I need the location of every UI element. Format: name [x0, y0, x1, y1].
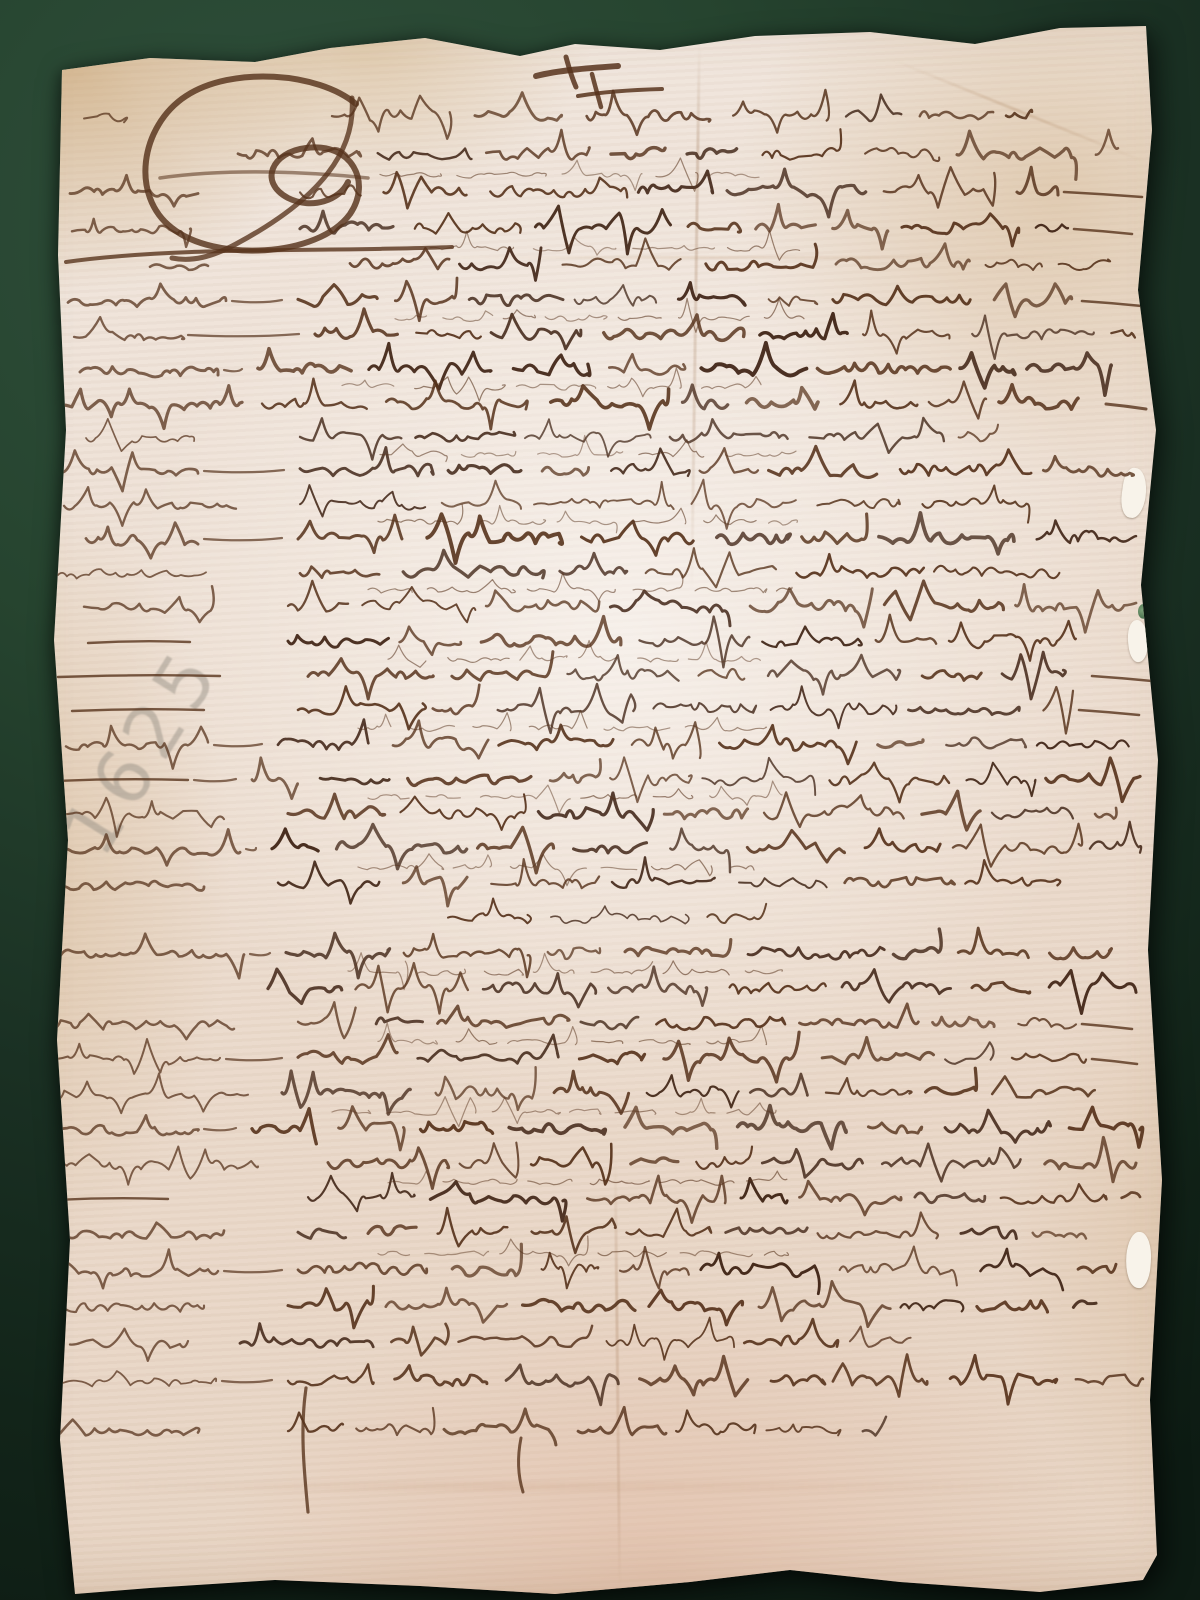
handwriting-word	[1078, 1264, 1116, 1272]
margin-dash	[88, 641, 190, 643]
handwriting-word	[483, 973, 596, 1007]
handwriting-word	[587, 91, 710, 135]
handwriting-word	[442, 481, 521, 509]
interline-addition	[745, 970, 782, 974]
handwriting-word	[286, 933, 390, 978]
handwriting-word	[574, 843, 647, 853]
interline-addition	[480, 506, 546, 525]
interline-addition	[443, 311, 493, 321]
interline-addition	[473, 713, 511, 731]
interline-addition	[726, 451, 797, 456]
handwriting-word	[1033, 1232, 1086, 1239]
handwriting-word	[308, 659, 433, 699]
handwriting-word	[308, 1173, 415, 1211]
margin-connector-dash	[250, 953, 270, 955]
manuscript-photo: 1625	[0, 0, 1200, 1600]
interline-addition	[492, 1097, 560, 1123]
interline-addition	[461, 452, 515, 458]
handwriting-word	[1076, 1375, 1143, 1386]
handwriting-word	[610, 757, 692, 802]
handwriting-word	[452, 1244, 521, 1276]
margin-dash	[72, 709, 204, 711]
handwriting-word	[460, 1143, 519, 1178]
interline-addition	[638, 658, 679, 662]
handwriting-word	[300, 567, 379, 578]
interline-addition	[639, 1040, 690, 1045]
handwriting-word	[612, 857, 715, 887]
handwriting-layer	[0, 0, 1200, 1600]
handwriting-word	[981, 1249, 1063, 1290]
interline-addition	[386, 1097, 476, 1127]
line-end-dash	[1106, 404, 1146, 409]
handwriting-word	[796, 554, 923, 577]
handwriting-word	[763, 129, 842, 160]
handwriting-word	[611, 449, 690, 476]
handwriting-word	[977, 1301, 1048, 1312]
handwriting-word	[738, 1106, 846, 1149]
handwriting-word	[764, 792, 904, 827]
interline-addition	[527, 573, 615, 601]
ink-cross-mark	[578, 89, 662, 96]
handwriting-word	[802, 514, 867, 544]
margin-catchword	[66, 726, 208, 769]
handwriting-word	[747, 830, 844, 862]
handwriting-word	[1043, 456, 1133, 476]
interline-addition	[639, 440, 704, 457]
interline-addition	[520, 646, 567, 661]
handwriting-word	[670, 829, 730, 873]
handwriting-word	[992, 1077, 1094, 1098]
margin-connector-dash	[204, 1128, 236, 1130]
margin-catchword	[86, 523, 198, 559]
handwriting-word	[486, 130, 589, 160]
handwriting-word	[481, 617, 621, 647]
handwriting-word	[1017, 167, 1058, 195]
handwriting-word	[876, 615, 936, 644]
interline-addition	[456, 1029, 497, 1045]
handwriting-word	[626, 1209, 711, 1237]
handwriting-word	[395, 1366, 487, 1386]
handwriting-word	[926, 1068, 977, 1094]
margin-connector-dash	[194, 779, 236, 781]
interline-addition	[484, 969, 523, 975]
handwriting-word	[701, 1253, 820, 1294]
handwriting-word	[1073, 1301, 1096, 1307]
interline-addition	[380, 444, 447, 462]
handwriting-word	[631, 1158, 678, 1164]
handwriting-word	[252, 1109, 316, 1144]
handwriting-word	[730, 983, 826, 994]
handwriting-word	[1059, 259, 1111, 270]
margin-dash	[58, 675, 220, 677]
interline-addition	[728, 230, 800, 260]
margin-catchword	[62, 798, 224, 837]
handwriting-word	[433, 685, 480, 714]
handwriting-word	[756, 204, 816, 231]
interline-addition	[528, 1179, 572, 1184]
margin-connector-dash	[224, 369, 242, 371]
handwriting-word	[416, 330, 481, 338]
handwriting-word	[868, 1123, 921, 1133]
handwriting-word	[298, 1035, 397, 1064]
handwriting-word	[953, 824, 1082, 867]
interline-addition	[448, 658, 509, 663]
margin-catchword	[52, 934, 244, 978]
handwriting-word	[448, 465, 521, 474]
handwriting-word	[726, 1228, 808, 1234]
handwriting-word	[865, 148, 939, 161]
interline-addition	[604, 727, 670, 731]
handwriting-word	[1050, 948, 1112, 959]
margin-connector-dash	[222, 1380, 272, 1382]
handwriting-word	[460, 248, 542, 281]
handwriting-word	[415, 213, 521, 234]
handwriting-word	[771, 1376, 825, 1385]
handwriting-word	[1002, 652, 1065, 699]
margin-catchword	[58, 830, 240, 866]
handwriting-word	[769, 446, 877, 477]
handwriting-word	[769, 297, 818, 306]
line-end-dash	[1082, 301, 1142, 306]
handwriting-word	[509, 1124, 605, 1134]
interline-addition	[598, 1251, 666, 1257]
handwriting-word	[909, 707, 1020, 715]
handwriting-word	[300, 448, 433, 476]
handwriting-word	[959, 425, 998, 442]
handwriting-word	[288, 1286, 373, 1328]
margin-catchword	[52, 1014, 234, 1039]
interline-addition	[378, 1251, 410, 1255]
handwriting-word	[845, 877, 955, 887]
handwriting-word	[946, 738, 1026, 749]
interline-addition	[570, 1109, 601, 1114]
margin-catchword	[60, 451, 198, 492]
handwriting-word	[800, 1181, 902, 1215]
handwriting-word	[298, 1263, 427, 1275]
margin-catchword	[56, 1073, 248, 1113]
handwriting-word	[469, 295, 563, 306]
handwriting-word	[625, 1107, 717, 1148]
handwriting-word	[759, 1281, 890, 1326]
margin-catchword	[58, 1039, 220, 1074]
handwriting-word	[656, 1017, 785, 1030]
interline-addition	[418, 969, 466, 975]
margin-catchword	[80, 367, 218, 377]
margin-connector-dash	[246, 848, 256, 850]
descender-tail	[303, 1388, 308, 1512]
margin-catchword	[58, 569, 206, 578]
handwriting-word	[670, 419, 788, 442]
interline-addition	[457, 172, 546, 178]
handwriting-word	[646, 548, 776, 587]
handwriting-word	[1037, 740, 1129, 748]
handwriting-word	[376, 1018, 422, 1024]
handwriting-word	[822, 1037, 933, 1063]
handwriting-word	[1012, 1054, 1086, 1063]
interline-addition	[702, 377, 761, 389]
margin-connector-dash	[204, 470, 284, 472]
handwriting-word	[452, 652, 553, 681]
initial-flourish	[160, 172, 368, 178]
handwriting-word	[320, 778, 389, 784]
handwriting-word	[491, 314, 581, 349]
interline-addition	[368, 588, 412, 593]
interline-addition	[656, 158, 698, 191]
margin-catchword	[72, 219, 191, 247]
handwriting-word	[478, 827, 554, 873]
handwriting-word	[288, 794, 385, 818]
interline-addition	[764, 1251, 788, 1256]
handwriting-word	[604, 315, 744, 340]
handwriting-word	[922, 486, 1029, 523]
handwriting-word	[760, 314, 847, 339]
handwriting-word	[337, 824, 467, 868]
handwriting-word	[444, 1409, 556, 1445]
handwriting-word	[664, 809, 747, 819]
handwriting-word	[400, 627, 461, 655]
interline-addition	[601, 867, 637, 869]
handwriting-word	[339, 1107, 405, 1150]
handwriting-word	[1111, 330, 1135, 337]
line-end-dash	[1092, 676, 1152, 681]
handwriting-word	[315, 309, 397, 339]
handwriting-word	[356, 963, 468, 1013]
handwriting-word	[986, 260, 1043, 270]
handwriting-word	[933, 1017, 995, 1027]
interline-addition	[545, 315, 607, 321]
margin-catchword	[86, 419, 194, 451]
handwriting-word	[1036, 225, 1068, 232]
interline-addition	[633, 246, 715, 251]
handwriting-word	[1001, 1184, 1107, 1204]
handwriting-word	[833, 210, 888, 249]
handwriting-word	[902, 214, 1019, 246]
interline-addition	[533, 237, 615, 255]
handwriting-word	[513, 355, 589, 375]
handwriting-word	[901, 1300, 964, 1311]
handwriting-word	[836, 244, 969, 270]
interline-addition	[653, 789, 693, 799]
handwriting-word	[700, 448, 758, 473]
handwriting-word	[542, 1253, 599, 1289]
handwriting-word	[1122, 1193, 1140, 1198]
handwriting-word	[768, 655, 900, 694]
handwriting-word	[252, 758, 298, 799]
handwriting-word	[884, 167, 995, 207]
margin-catchword	[56, 1250, 218, 1289]
handwriting-word	[842, 970, 951, 1003]
margin-catchword	[70, 1329, 188, 1361]
handwriting-word	[356, 1408, 434, 1435]
interline-addition	[590, 1179, 649, 1184]
handwriting-word	[550, 760, 601, 783]
interline-addition	[529, 710, 587, 729]
interline-addition	[731, 866, 754, 870]
handwriting-word	[863, 1417, 886, 1436]
handwriting-word	[475, 93, 562, 121]
handwriting-word	[403, 867, 467, 906]
handwriting-word	[676, 1410, 755, 1434]
handwriting-word	[581, 1017, 638, 1029]
handwriting-word	[830, 763, 950, 803]
handwriting-word	[846, 95, 901, 121]
margin-connector-dash	[232, 300, 282, 302]
handwriting-word	[416, 432, 516, 441]
interline-addition	[508, 1027, 577, 1045]
handwriting-word	[298, 1229, 346, 1238]
interline-addition	[368, 795, 409, 800]
handwriting-word	[525, 419, 651, 457]
handwriting-word	[378, 149, 472, 160]
handwriting-word	[972, 982, 1030, 993]
handwriting-word	[647, 1075, 739, 1107]
handwriting-word	[523, 1300, 635, 1312]
margin-catchword	[60, 1420, 199, 1436]
handwriting-word	[949, 621, 1076, 661]
handwriting-word	[863, 311, 950, 354]
handwriting-word	[418, 1035, 559, 1063]
margin-catchword	[64, 487, 236, 526]
handwriting-word	[739, 878, 827, 888]
handwriting-word	[288, 581, 348, 612]
handwriting-word	[741, 1178, 787, 1203]
handwriting-word	[879, 513, 1014, 554]
margin-catchword	[74, 317, 184, 340]
handwriting-word	[258, 349, 351, 373]
margin-catchword	[54, 1371, 216, 1386]
handwriting-word	[1043, 687, 1073, 734]
handwriting-word	[1049, 971, 1136, 1014]
handwriting-word	[369, 343, 491, 389]
interline-addition	[652, 860, 713, 876]
interline-addition	[579, 641, 617, 661]
handwriting-word	[992, 808, 1073, 819]
handwriting-word	[350, 248, 449, 269]
handwriting-word	[459, 1326, 593, 1347]
handwriting-word	[1006, 110, 1032, 118]
handwriting-word	[679, 283, 746, 306]
handwriting-word	[300, 485, 425, 516]
paper-shadow: 1625	[0, 0, 1200, 1600]
handwriting-word	[1095, 808, 1116, 819]
handwriting-word	[817, 363, 950, 373]
handwriting-word	[298, 285, 377, 307]
handwriting-word	[707, 904, 766, 923]
handwriting-word	[368, 1226, 416, 1235]
handwriting-word	[609, 354, 685, 374]
margin-catchword	[56, 1115, 199, 1135]
margin-dash	[56, 779, 188, 781]
handwriting-word	[391, 1324, 448, 1355]
handwriting-word	[408, 775, 531, 785]
interline-addition	[676, 1098, 715, 1114]
handwriting-word	[404, 934, 531, 977]
handwriting-word	[386, 1288, 507, 1322]
interline-addition	[503, 310, 535, 319]
handwriting-word	[818, 1213, 938, 1239]
handwriting-word	[915, 1193, 985, 1203]
handwriting-word	[606, 1318, 734, 1360]
handwriting-word	[748, 947, 884, 959]
handwriting-word	[826, 1078, 912, 1096]
handwriting-word	[958, 928, 1028, 958]
handwriting-word	[551, 906, 689, 924]
handwriting-word	[922, 671, 981, 681]
handwriting-word	[934, 566, 1059, 578]
handwriting-word	[809, 418, 944, 453]
handwriting-word	[506, 1365, 618, 1405]
margin-connector-dash	[224, 1270, 282, 1272]
handwriting-word	[972, 316, 1094, 359]
margin-connector-dash	[188, 334, 299, 336]
handwriting-word	[611, 148, 665, 159]
handwriting-word	[649, 1290, 743, 1325]
ink-cross-mark	[536, 66, 618, 76]
handwriting-word	[362, 587, 475, 622]
handwriting-word	[994, 284, 1071, 317]
handwriting-word	[762, 627, 861, 647]
handwriting-word	[950, 1355, 1057, 1404]
margin-catchword	[58, 386, 242, 429]
handwriting-word	[922, 791, 980, 830]
handwriting-word	[288, 1364, 374, 1385]
handwriting-word	[692, 480, 796, 529]
handwriting-word	[719, 725, 856, 764]
descender-tail	[519, 1438, 523, 1492]
interline-addition	[342, 380, 394, 387]
handwriting-word	[554, 1071, 629, 1113]
handwriting-word	[800, 1004, 919, 1028]
margin-catchword	[68, 284, 226, 307]
handwriting-word	[490, 178, 627, 198]
handwriting-word	[625, 940, 731, 957]
handwriting-word	[1027, 353, 1111, 395]
interline-addition	[591, 962, 653, 974]
handwriting-word	[1037, 521, 1136, 543]
handwriting-word	[551, 386, 669, 429]
interline-addition	[557, 511, 617, 533]
interline-addition	[710, 781, 782, 805]
handwriting-word	[929, 382, 986, 419]
handwriting-word	[298, 515, 402, 553]
margin-catchword	[150, 264, 208, 269]
handwriting-word	[448, 899, 531, 924]
margin-dash	[56, 1198, 168, 1200]
handwriting-word	[1018, 1018, 1076, 1029]
handwriting-word	[945, 1110, 1050, 1142]
handwriting-word	[878, 740, 923, 748]
handwriting-word	[865, 829, 940, 852]
interline-addition	[747, 1171, 787, 1181]
handwriting-word	[882, 1144, 1020, 1182]
handwriting-word	[438, 1006, 569, 1028]
handwriting-word	[384, 172, 467, 208]
handwriting-word	[640, 1356, 748, 1395]
interline-addition	[769, 520, 798, 525]
margin-connector-dash	[214, 744, 262, 746]
line-end-dash	[1074, 229, 1132, 234]
handwriting-word	[288, 635, 389, 647]
handwriting-word	[817, 499, 900, 508]
margin-connector-dash	[226, 1058, 282, 1060]
handwriting-word	[486, 591, 599, 612]
margin-connector-dash	[204, 538, 282, 540]
margin-catchword	[52, 1303, 204, 1312]
handwriting-word	[531, 1144, 611, 1185]
handwriting-word	[833, 1355, 927, 1397]
handwriting-word	[575, 285, 657, 306]
handwriting-word	[744, 1319, 838, 1347]
